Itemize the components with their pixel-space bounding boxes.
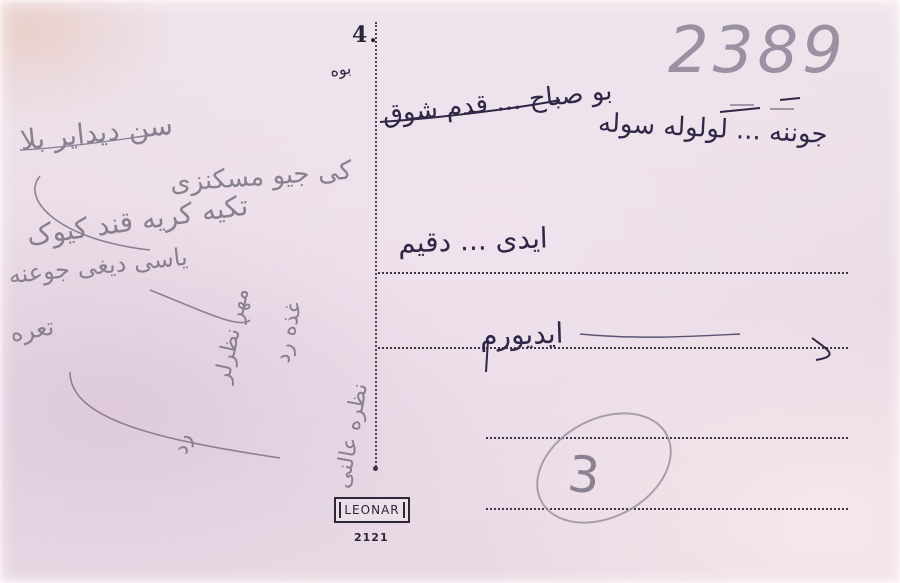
pencil-message-line: تعره	[8, 312, 56, 347]
circled-number: 3	[565, 444, 603, 505]
pencil-message-line: کی جیو مسکنزی	[169, 156, 353, 199]
postcard-back: 4. 2389 بوه بو صباح ... قدم شوق جوننه ..…	[0, 0, 900, 583]
address-line	[378, 347, 848, 349]
ink-message-line: جوننه ... لولوله سوله	[597, 108, 828, 150]
pencil-vertical-line: غذه رد	[270, 299, 307, 365]
pencil-vertical-line: رد	[168, 432, 196, 456]
pencil-vertical-line: مهر نظرلر	[210, 286, 254, 385]
pencil-vertical-line: نظره عالنی	[330, 381, 373, 490]
vertical-divider	[375, 22, 377, 470]
ink-note-small: بوه	[329, 58, 353, 80]
ink-message-line: بو صباح ... قدم شوق	[381, 76, 614, 130]
ink-message-line: ایدی ... دقیم	[397, 221, 548, 259]
publisher-stamp: LEONAR	[334, 497, 410, 523]
publisher-code: 2121	[354, 531, 389, 544]
publisher-name: LEONAR	[339, 502, 404, 518]
address-line	[486, 508, 848, 510]
pencil-message-line: سن دیدایر بلا	[19, 108, 175, 157]
address-line	[378, 272, 848, 274]
circled-annotation	[517, 390, 691, 546]
pencil-message-line: تکیه کریه قند کیوک	[25, 189, 250, 253]
archive-underline	[770, 108, 794, 110]
divider-end-dot	[373, 466, 378, 471]
card-number: 4.	[352, 22, 379, 48]
archive-underline	[730, 104, 754, 106]
archive-number: 2389	[668, 14, 847, 88]
ink-message-line: ایدیورم	[479, 317, 563, 353]
